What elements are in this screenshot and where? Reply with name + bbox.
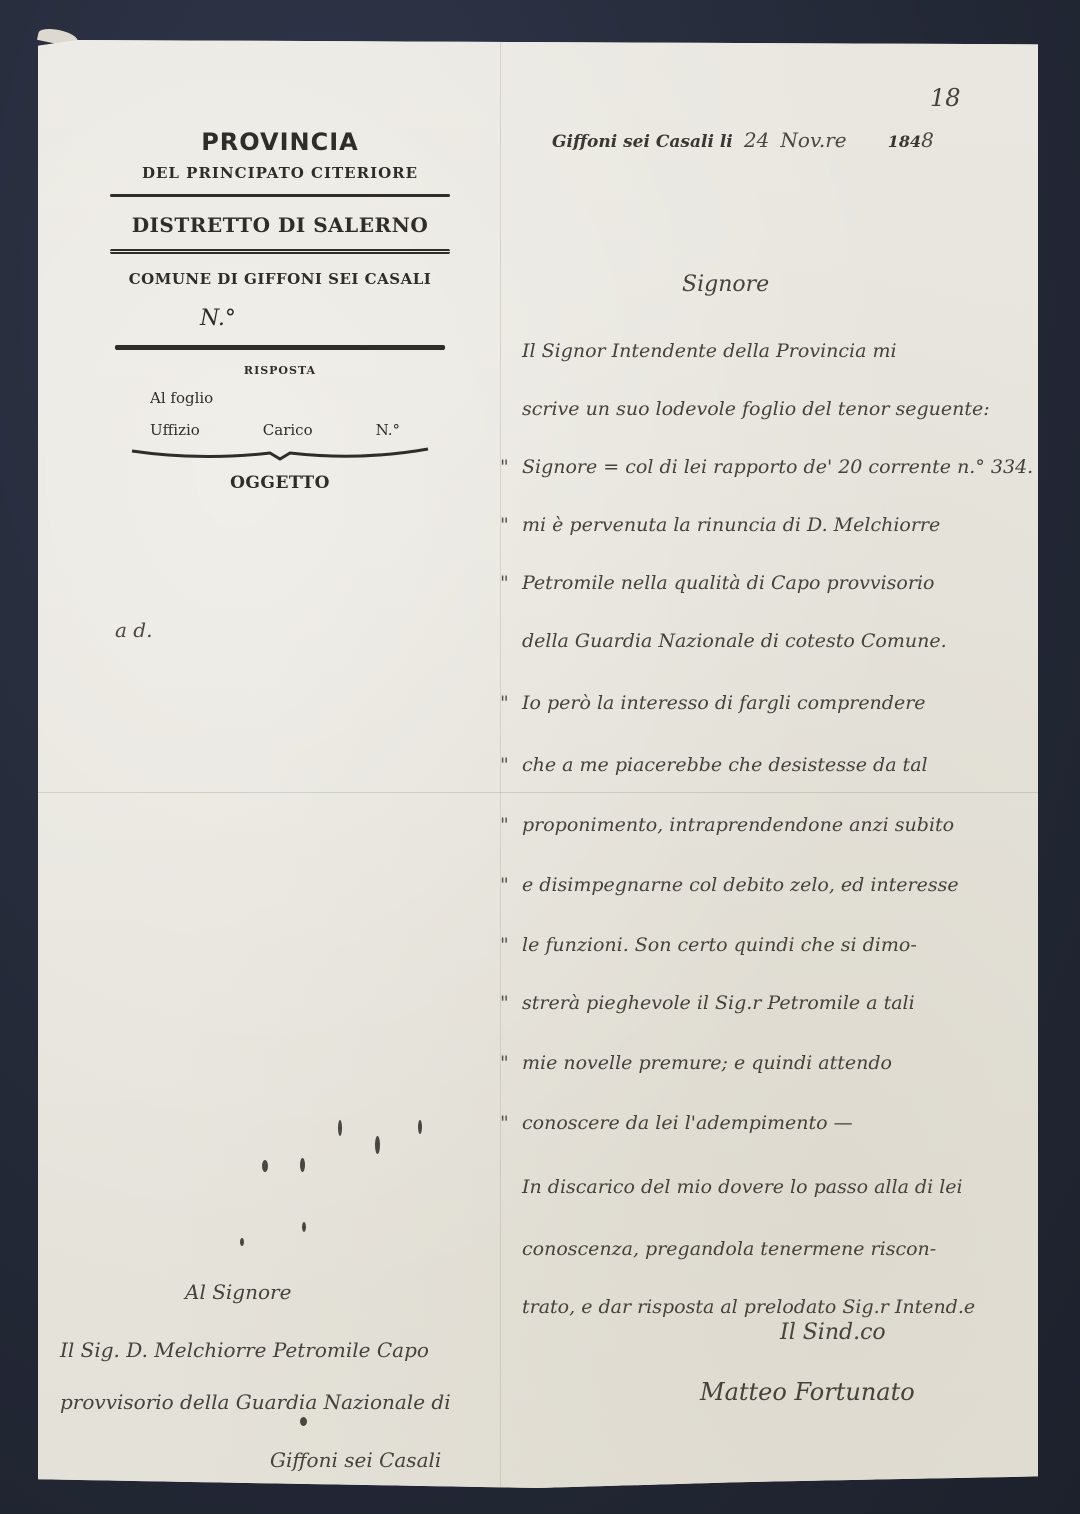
body-line-text: che a me piacerebbe che desistesse da ta… <box>522 754 928 776</box>
body-line-text: le funzioni. Son certo quindi che si dim… <box>522 934 917 956</box>
body-line: scrive un suo lodevole foglio del tenor … <box>500 398 990 420</box>
body-line: "conoscere da lei l'adempimento — <box>500 1112 853 1134</box>
body-line-text: strerà pieghevole il Sig.r Petromile a t… <box>522 992 915 1014</box>
horizontal-fold-line <box>38 792 1038 793</box>
address-line: Al Signore <box>185 1280 291 1304</box>
body-line: "mie novelle premure; e quindi attendo <box>500 1052 892 1074</box>
body-line-text: trato, e dar risposta al prelodato Sig.r… <box>522 1296 975 1318</box>
quote-mark: " <box>500 1052 522 1074</box>
address-line: Il Sig. D. Melchiorre Petromile Capo <box>60 1338 429 1362</box>
body-line: "Io però la interesso di fargli comprend… <box>500 692 926 714</box>
quote-mark: " <box>500 456 522 478</box>
ink-drop <box>240 1238 244 1246</box>
quote-mark: " <box>500 814 522 836</box>
body-line: della Guardia Nazionale di cotesto Comun… <box>500 630 947 652</box>
body-line-text: Signore = col di lei rapporto de' 20 cor… <box>522 456 1033 478</box>
letterhead-reference-row: Uffizio Carico N.° <box>150 421 400 439</box>
body-line: "e disimpegnarne col debito zelo, ed int… <box>500 874 959 896</box>
closing-title: Il Sind.co <box>780 1320 886 1345</box>
ink-drop <box>302 1222 306 1232</box>
quote-mark: " <box>500 754 522 776</box>
marginal-note: a d. <box>115 618 152 642</box>
decorative-brace-icon <box>130 447 430 461</box>
ink-drop <box>338 1120 342 1136</box>
body-line-text: conoscenza, pregandola tenermene riscon- <box>522 1238 936 1260</box>
letterhead-number-label: N.° <box>376 421 400 439</box>
body-line-text: In discarico del mio dovere lo passo all… <box>522 1176 963 1198</box>
body-line: "strerà pieghevole il Sig.r Petromile a … <box>500 992 915 1014</box>
ink-drop <box>418 1120 422 1134</box>
salutation: Signore <box>682 272 769 297</box>
letterhead-distretto: DISTRETTO DI SALERNO <box>80 213 480 237</box>
address-line: provvisorio della Guardia Nazionale di <box>60 1390 451 1414</box>
ink-drop <box>300 1417 307 1426</box>
quote-mark: " <box>500 992 522 1014</box>
letterhead-al-foglio-label: Al foglio <box>150 389 480 407</box>
dateline: Giffoni sei Casali li 24 Nov.re 1848 <box>552 128 934 152</box>
quote-mark: " <box>500 874 522 896</box>
letterhead-thick-rule <box>115 345 445 350</box>
body-line: "Signore = col di lei rapporto de' 20 co… <box>500 456 1033 478</box>
letterhead-carico-label: Carico <box>263 421 313 439</box>
ink-drop <box>262 1160 268 1172</box>
quote-mark: " <box>500 572 522 594</box>
body-line: Il Signor Intendente della Provincia mi <box>500 340 897 362</box>
letterhead-provincia: PROVINCIA <box>80 128 480 156</box>
body-line-text: Io però la interesso di fargli comprende… <box>522 692 926 714</box>
body-line: conoscenza, pregandola tenermene riscon- <box>500 1238 936 1260</box>
letterhead: PROVINCIA DEL PRINCIPATO CITERIORE DISTR… <box>80 120 480 493</box>
quote-mark: " <box>500 692 522 714</box>
letterhead-comune: COMUNE DI GIFFONI SEI CASALI <box>80 270 480 288</box>
body-line: "le funzioni. Son certo quindi che si di… <box>500 934 917 956</box>
letterhead-double-rule <box>110 249 450 254</box>
quote-mark: " <box>500 514 522 536</box>
letterhead-oggetto-label: OGGETTO <box>80 473 480 493</box>
body-line: "che a me piacerebbe che desistesse da t… <box>500 754 928 776</box>
address-line: Giffoni sei Casali <box>270 1448 441 1472</box>
body-line-text: mie novelle premure; e quindi attendo <box>522 1052 892 1074</box>
dateline-day: 24 <box>744 128 769 152</box>
letterhead-numero-label: N.° <box>200 306 480 331</box>
body-line-text: e disimpegnarne col debito zelo, ed inte… <box>522 874 959 896</box>
signature: Matteo Fortunato <box>700 1378 915 1406</box>
body-line: "Petromile nella qualità di Capo provvis… <box>500 572 934 594</box>
body-line-text: scrive un suo lodevole foglio del tenor … <box>522 398 990 420</box>
letterhead-rule <box>110 194 450 197</box>
body-line-text: Il Signor Intendente della Provincia mi <box>522 340 897 362</box>
dateline-place: Giffoni sei Casali li <box>552 132 733 152</box>
letterhead-principato: DEL PRINCIPATO CITERIORE <box>80 164 480 182</box>
quote-mark: " <box>500 934 522 956</box>
body-line: "proponimento, intraprendendone anzi sub… <box>500 814 954 836</box>
dateline-year-digit: 8 <box>921 128 934 152</box>
body-line: "mi è pervenuta la rinuncia di D. Melchi… <box>500 514 940 536</box>
dateline-year-printed: 184 <box>888 132 921 151</box>
letterhead-risposta-label: RISPOSTA <box>80 364 480 377</box>
quote-mark: " <box>500 1112 522 1134</box>
ink-drop <box>300 1158 305 1172</box>
body-line-text: Petromile nella qualità di Capo provviso… <box>522 572 934 594</box>
body-line: In discarico del mio dovere lo passo all… <box>500 1176 963 1198</box>
reference-number: 18 <box>930 84 961 112</box>
body-line-text: conoscere da lei l'adempimento — <box>522 1112 853 1134</box>
letterhead-uffizio-label: Uffizio <box>150 421 200 439</box>
body-line-text: proponimento, intraprendendone anzi subi… <box>522 814 954 836</box>
ink-drop <box>375 1136 380 1154</box>
body-line: trato, e dar risposta al prelodato Sig.r… <box>500 1296 975 1318</box>
body-line-text: della Guardia Nazionale di cotesto Comun… <box>522 630 947 652</box>
dateline-month: Nov.re <box>780 128 846 152</box>
body-line-text: mi è pervenuta la rinuncia di D. Melchio… <box>522 514 940 536</box>
